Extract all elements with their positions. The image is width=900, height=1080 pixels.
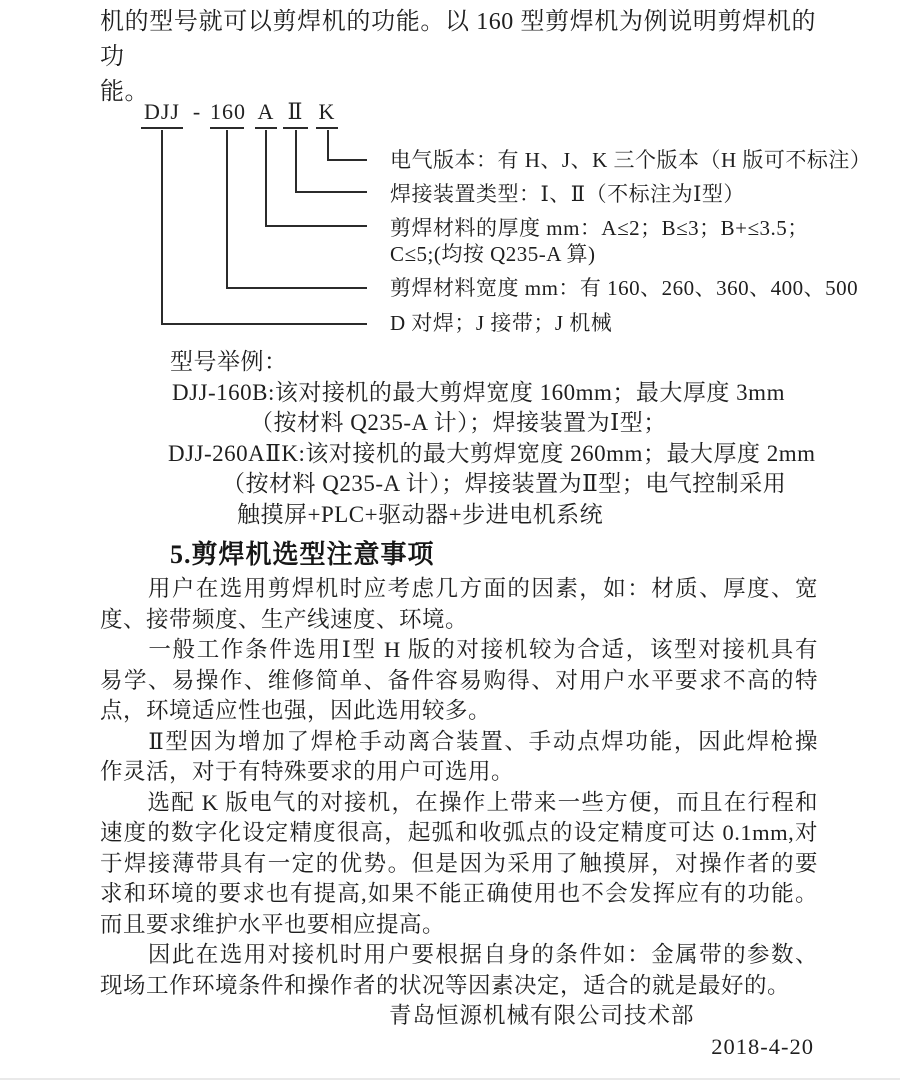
examples-title: 型号举例： — [170, 347, 840, 378]
body-paragraph: 一般工作条件选用Ⅰ型 H 版的对接机较为合适，该型对接机具有易学、易操作、维修简… — [100, 635, 818, 727]
example-line: DJJ-160B:该对接机的最大剪焊宽度 160mm；最大厚度 3mm — [172, 378, 840, 409]
model-part-width: 160 — [210, 100, 244, 129]
text-line: 易学、易操作、维修简单、备件容易购得、对用户水平要求不高的特 — [100, 666, 818, 697]
text-line: 速度的数字化设定精度很高，起弧和收弧点的设定精度可达 0.1mm,对 — [100, 818, 818, 849]
text-line: 于焊接薄带具有一定的优势。但是因为采用了触摸屏，对操作者的要 — [100, 849, 818, 880]
diagram-label-width: 剪焊材料宽度 mm：有 160、260、360、400、500 — [390, 276, 860, 300]
body-text: 用户在选用剪焊机时应考虑几方面的因素，如：材质、厚度、宽度、接带频度、生产线速度… — [100, 574, 818, 1062]
model-part-weld-type: Ⅱ — [283, 100, 308, 129]
diagram-label-thickness-cont: C≤5;(均按 Q235-A 算) — [390, 242, 860, 266]
body-paragraph: Ⅱ型因为增加了焊枪手动离合装置、手动点焊功能，因此焊枪操作灵活，对于有特殊要求的… — [100, 727, 818, 788]
diagram-label-weld-type: 焊接装置类型：Ⅰ、Ⅱ（不标注为Ⅰ型） — [390, 182, 860, 206]
text-line: 而且要求维护水平也要相应提高。 — [100, 910, 818, 941]
model-part-prefix: DJJ — [141, 100, 183, 129]
document-page: 机的型号就可以剪焊机的功能。以 160 型剪焊机为例说明剪焊机的功能。 DJJ … — [0, 0, 900, 1080]
example-line: （按材料 Q235-A 计）；焊接装置为Ⅱ型；电气控制采用 — [222, 469, 840, 500]
text-line: 点，环境适应性也强，因此选用较多。 — [100, 696, 818, 727]
text-line: 度、接带频度、生产线速度、环境。 — [100, 605, 818, 636]
example-line: DJJ-260AⅡK:该对接机的最大剪焊宽度 260mm；最大厚度 2mm — [168, 439, 840, 470]
body-paragraph: 因此在选用对接机时用户要根据自身的条件如：金属带的参数、现场工作环境条件和操作者… — [100, 940, 818, 1001]
example-line: （按材料 Q235-A 计）；焊接装置为Ⅰ型； — [250, 408, 840, 439]
text-line: 用户在选用剪焊机时应考虑几方面的因素，如：材质、厚度、宽 — [100, 574, 818, 605]
model-part-electric: K — [316, 100, 338, 129]
text-line: 一般工作条件选用Ⅰ型 H 版的对接机较为合适，该型对接机具有 — [100, 635, 818, 666]
text-line: 求和环境的要求也有提高,如果不能正确使用也不会发挥应有的功能。 — [100, 879, 818, 910]
signature-line: 青岛恒源机械有限公司技术部 — [389, 1001, 818, 1032]
text-line: 选配 K 版电气的对接机，在操作上带来一些方便，而且在行程和 — [100, 788, 818, 819]
example-line: 触摸屏+PLC+驱动器+步进电机系统 — [237, 500, 840, 531]
diagram-label-prefix: D 对焊；J 接带；J 机械 — [390, 311, 860, 335]
body-paragraph: 用户在选用剪焊机时应考虑几方面的因素，如：材质、厚度、宽度、接带频度、生产线速度… — [100, 574, 818, 635]
connector-line-prefix — [161, 130, 367, 325]
text-line: Ⅱ型因为增加了焊枪手动离合装置、手动点焊功能，因此焊枪操 — [100, 727, 818, 758]
date-line: 2018-4-20 — [100, 1032, 818, 1063]
model-part-thickness: A — [255, 100, 277, 129]
text-line: 现场工作环境条件和操作者的状况等因素决定，适合的就是最好的。 — [100, 971, 818, 1002]
diagram-label-thickness: 剪焊材料的厚度 mm：A≤2；B≤3；B+≤3.5； — [390, 216, 860, 240]
text-line: 因此在选用对接机时用户要根据自身的条件如：金属带的参数、 — [100, 940, 818, 971]
section-heading: 5.剪焊机选型注意事项 — [170, 534, 435, 571]
model-examples: 型号举例： DJJ-160B:该对接机的最大剪焊宽度 160mm；最大厚度 3m… — [100, 347, 840, 530]
model-number-diagram: DJJ - 160 A Ⅱ K 电气版本：有 H、J、K 三个版本（H 版可不标… — [0, 0, 900, 345]
body-paragraph: 选配 K 版电气的对接机，在操作上带来一些方便，而且在行程和速度的数字化设定精度… — [100, 788, 818, 941]
diagram-label-electric: 电气版本：有 H、J、K 三个版本（H 版可不标注） — [390, 148, 860, 172]
model-part-dash: - — [188, 100, 206, 127]
text-line: 作灵活，对于有特殊要求的用户可选用。 — [100, 757, 818, 788]
